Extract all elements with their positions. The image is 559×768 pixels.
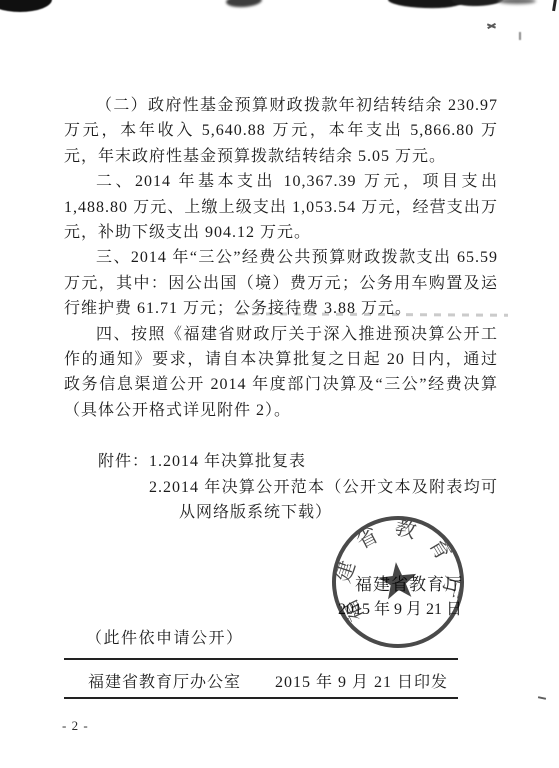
scan-artifact-top-right-band <box>452 0 504 7</box>
scan-artifact-top-right-band <box>388 0 462 9</box>
footer-print-date: 2015 年 9 月 21 日印发 <box>275 669 448 692</box>
footer-divider-bottom <box>64 697 458 699</box>
scan-artifact-top-left-blob <box>0 0 52 12</box>
paragraph-fund-budget: （二）政府性基金预算财政拨款年初结转结余 230.97 万元，本年收入 5,64… <box>64 93 498 169</box>
star-icon <box>377 560 419 600</box>
footer-divider-top <box>64 658 458 660</box>
official-seal: 福建省教育厅 <box>321 505 475 659</box>
scan-artifact-top-center-smudge <box>226 0 263 8</box>
paragraph-disclosure-requirement: 四、按照《福建省财政厅关于深入推进预决算公开工作的通知》要求，请自本决算批复之日… <box>64 322 498 424</box>
paragraph-2014-expense: 二、2014 年基本支出 10,367.39 万元，项目支出 1,488.80 … <box>64 169 498 245</box>
scan-artifact-corner-tick <box>552 0 557 11</box>
attachment-item: 1.2014 年决算批复表 <box>149 449 498 474</box>
disclosure-note: （此件依申请公开） <box>86 625 244 648</box>
scan-artifact-speck <box>519 32 521 40</box>
scanned-official-document-page: （二）政府性基金预算财政拨款年初结转结余 230.97 万元，本年收入 5,64… <box>0 0 559 768</box>
scan-artifact-speck <box>538 696 546 700</box>
scan-artifact-top-right-tail <box>498 0 536 4</box>
footer-row: 福建省教育厅办公室 2015 年 9 月 21 日印发 <box>64 669 458 692</box>
paragraph-sangong-funds: 三、2014 年“三公”经费公共预算财政拨款支出 65.59 万元，其中：因公出… <box>64 245 498 321</box>
attachments-label: 附件： <box>98 449 149 525</box>
scan-artifact-speck <box>487 21 497 30</box>
page-number: - 2 - <box>62 718 89 734</box>
document-body: （二）政府性基金预算财政拨款年初结转结余 230.97 万元，本年收入 5,64… <box>64 93 498 526</box>
footer-issuing-office: 福建省教育厅办公室 <box>88 669 241 692</box>
